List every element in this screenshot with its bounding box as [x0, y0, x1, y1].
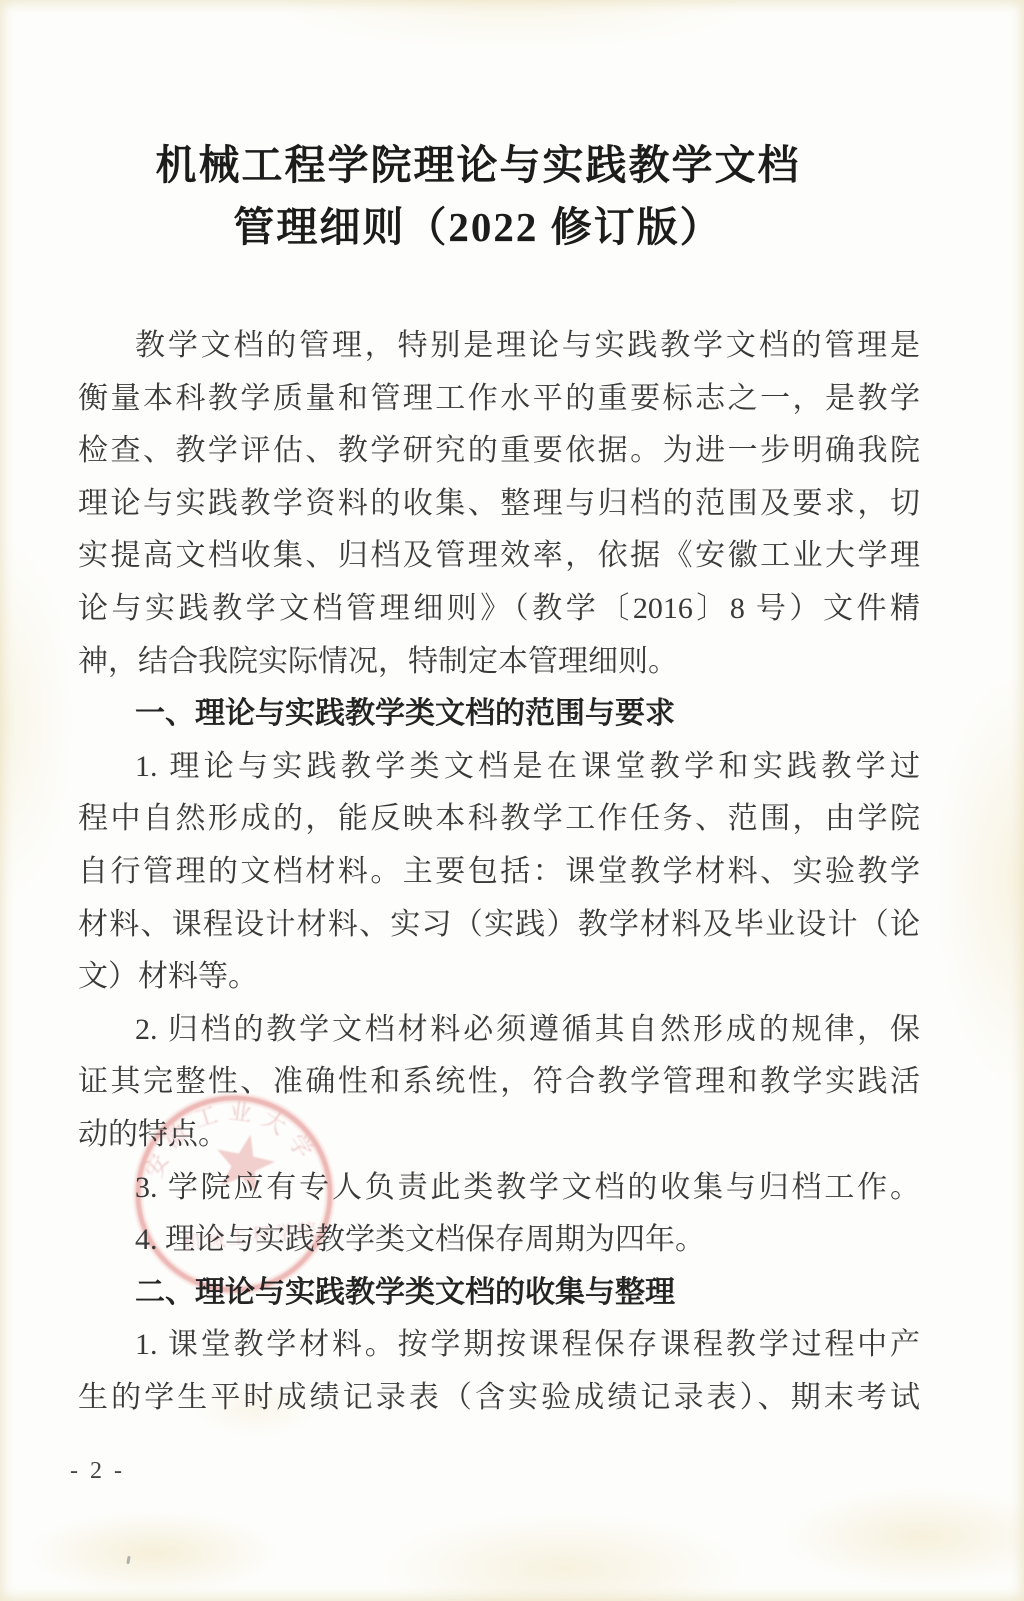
body-text-line: 1. 理论与实践教学类文档是在课堂教学和实践教学过 [78, 741, 920, 794]
body-text-line: 生的学生平时成绩记录表（含实验成绩记录表）、期末考试 [78, 1372, 920, 1425]
document-title-line-1: 机械工程学院理论与实践教学文档 [38, 134, 918, 196]
body-text-line: 程中自然形成的，能反映本科教学工作任务、范围，由学院 [78, 793, 920, 846]
document-title-line-2: 管理细则（2022 修订版） [38, 196, 918, 258]
body-text-line: 3. 学院应有专人负责此类教学文档的收集与归档工作。 [78, 1162, 920, 1215]
body-text-line: 材料、课程设计材料、实习（实践）教学材料及毕业设计（论 [78, 899, 920, 952]
body-text-line: 实提高文档收集、归档及管理效率，依据《安徽工业大学理 [78, 530, 920, 583]
body-text-line: 1. 课堂教学材料。按学期按课程保存课程教学过程中产 [78, 1319, 920, 1372]
body-text-line: 文）材料等。 [78, 951, 920, 1004]
body-text-line: 衡量本科教学质量和管理工作水平的重要标志之一，是教学 [78, 373, 920, 426]
document-title: 机械工程学院理论与实践教学文档 管理细则（2022 修订版） [38, 134, 918, 258]
scan-speck [126, 1556, 130, 1564]
body-text-line: 2. 归档的教学文档材料必须遵循其自然形成的规律，保 [78, 1004, 920, 1057]
scanned-document-page: 安徽工业大学 机械工程学院 机械工程学院理论与实践教学文档 管理细则（2022 … [0, 0, 1024, 1601]
section-heading-line: 二、理论与实践教学类文档的收集与整理 [78, 1267, 920, 1320]
body-text-line: 动的特点。 [78, 1109, 920, 1162]
body-text-line: 自行管理的文档材料。主要包括：课堂教学材料、实验教学 [78, 846, 920, 899]
body-text-line: 论与实践教学文档管理细则》（教学〔2016〕8 号）文件精 [78, 583, 920, 636]
document-body: 教学文档的管理，特别是理论与实践教学文档的管理是衡量本科教学质量和管理工作水平的… [78, 320, 920, 1424]
body-text-line: 4. 理论与实践教学类文档保存周期为四年。 [78, 1214, 920, 1267]
body-text-line: 理论与实践教学资料的收集、整理与归档的范围及要求，切 [78, 478, 920, 531]
body-text-line: 神，结合我院实际情况，特制定本管理细则。 [78, 636, 920, 689]
body-text-line: 教学文档的管理，特别是理论与实践教学文档的管理是 [78, 320, 920, 373]
body-text-line: 检查、教学评估、教学研究的重要依据。为进一步明确我院 [78, 425, 920, 478]
page-number: - 2 - [70, 1458, 125, 1485]
body-text-line: 证其完整性、准确性和系统性，符合教学管理和教学实践活 [78, 1056, 920, 1109]
section-heading-line: 一、理论与实践教学类文档的范围与要求 [78, 688, 920, 741]
